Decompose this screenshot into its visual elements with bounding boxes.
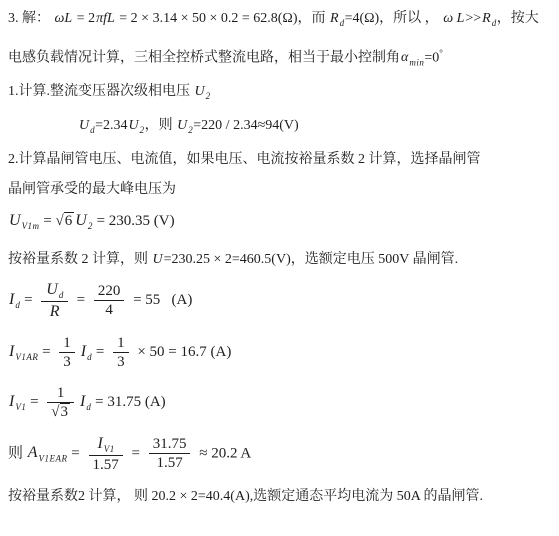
thyristor-avg-current-formula: IV1AR = 13Id = 13 × 50 = 16.7 (A) (8, 334, 553, 371)
solution-line-load-condition: 电感负载情况计算，三相全控桥式整流电路，相当于最小控制角αmin=0° (8, 43, 553, 72)
thyristor-rms-current-formula: IV1 = 1√3Id = 31.75 (A) (8, 384, 553, 421)
peak-voltage-formula: UV1m = √6U2 = 230.35 (V) (8, 210, 553, 237)
step2-heading: 2.计算晶闸管电压、电流值，如果电压、电流按裕量系数 2 计算，选择晶闸管 (8, 150, 553, 170)
u2-calculation-line: Ud=2.34U2，则 U2=220 / 2.34≈94(V) (8, 116, 553, 140)
voltage-margin-line: 按裕量系数 2 计算，则 U=230.25 × 2=460.5(V)，选额定电压… (8, 250, 553, 270)
step1-heading: 1.计算.整流变压器次级相电压 U2 (8, 82, 553, 106)
peak-voltage-intro: 晶闸管承受的最大峰电压为 (8, 180, 553, 200)
rated-current-formula: 则 AV1EAR = IV11.57 = 31.751.57 ≈ 20.2 A (8, 434, 553, 474)
average-current-formula: Id = UdR = 2204 = 55 (A) (8, 280, 553, 321)
solution-document: 3. 解： ωL = 2πfL = 2 × 3.14 × 50 × 0.2 = … (0, 0, 559, 536)
current-margin-line: 按裕量系数2 计算， 则 20.2 × 2=40.4(A),选额定通态平均电流为… (8, 487, 553, 507)
solution-line-impedance: 3. 解： ωL = 2πfL = 2 × 3.14 × 50 × 0.2 = … (8, 9, 553, 33)
